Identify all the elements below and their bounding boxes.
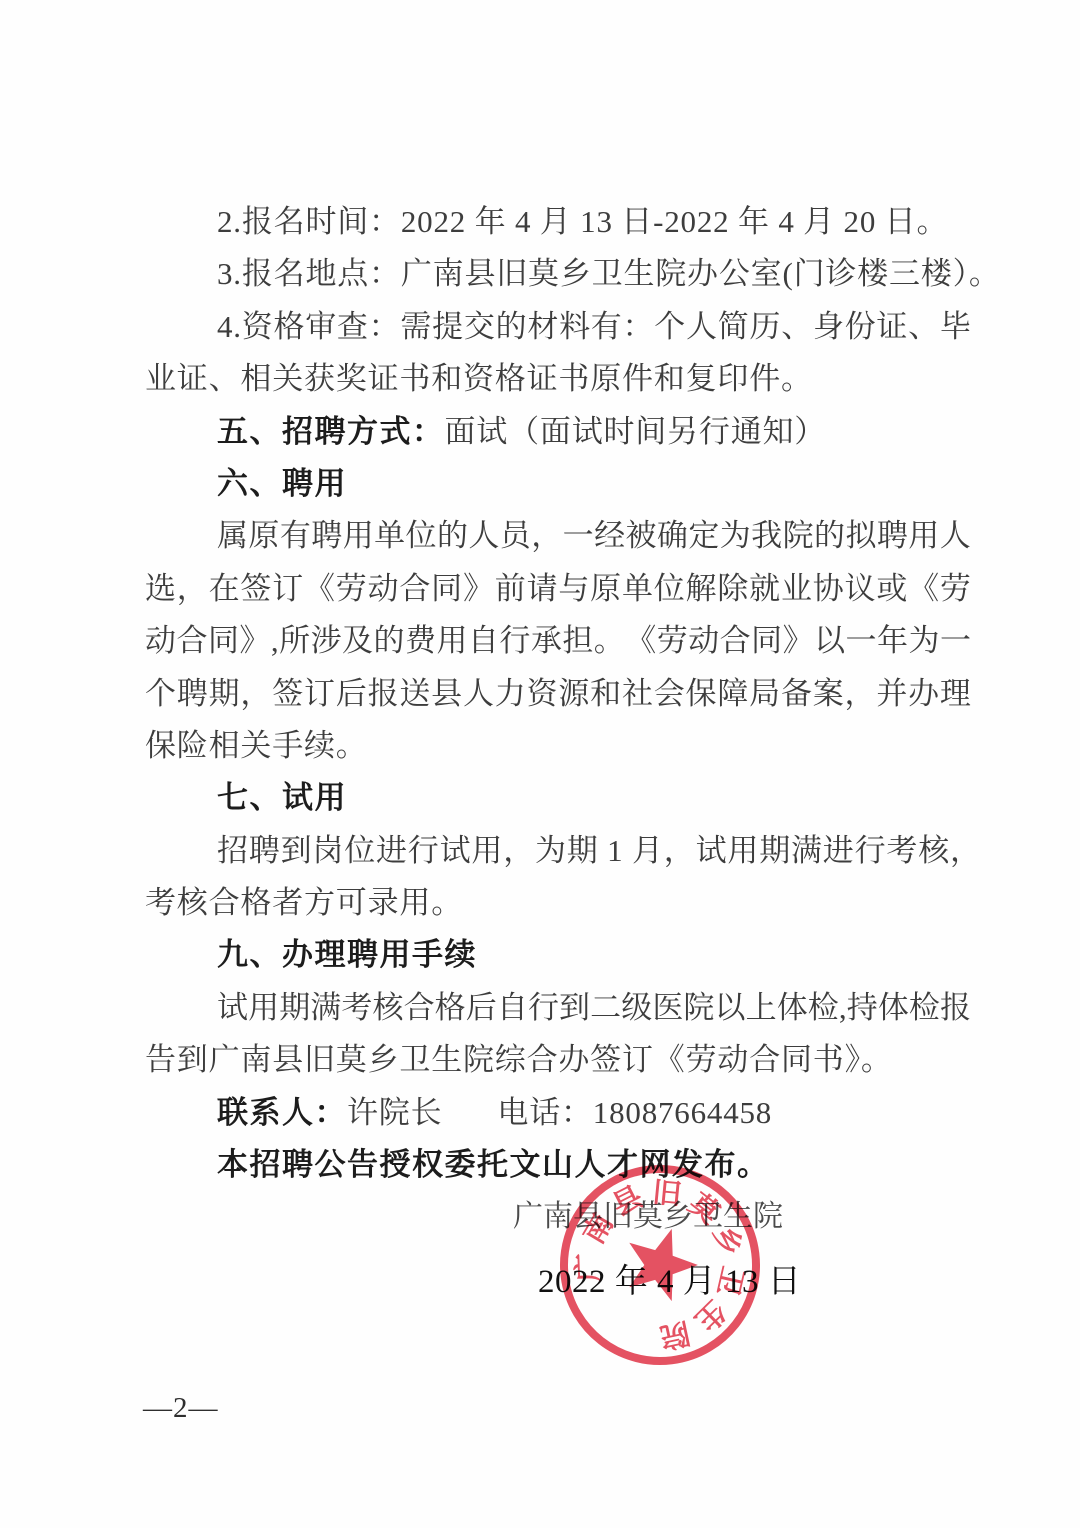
char: 》 bbox=[463, 563, 494, 615]
page-number: —2— bbox=[143, 1392, 219, 1425]
char: ， bbox=[531, 510, 562, 562]
char: 经 bbox=[594, 510, 625, 562]
char: 以 bbox=[814, 615, 845, 667]
char: 身 bbox=[813, 301, 844, 353]
char: 同 bbox=[208, 615, 239, 667]
char: 局 bbox=[749, 668, 780, 720]
char: 以 bbox=[715, 982, 746, 1034]
char: 理 bbox=[940, 668, 971, 720]
char: 交 bbox=[464, 301, 495, 353]
char: 检 bbox=[808, 982, 839, 1034]
char: 动 bbox=[368, 563, 399, 615]
char: 料 bbox=[559, 301, 590, 353]
char: ， bbox=[177, 563, 208, 615]
char: 就 bbox=[749, 563, 780, 615]
char: 聘 bbox=[177, 668, 208, 720]
char: 》 bbox=[783, 615, 814, 667]
char: 会 bbox=[654, 668, 685, 720]
text-run: 3.报名地点：广南县旧莫乡卫生院办公室(门诊楼三楼）。 bbox=[217, 256, 1001, 291]
doc-line: 六、聘用 bbox=[145, 458, 971, 510]
char: 签 bbox=[272, 668, 303, 720]
char: 涉 bbox=[311, 615, 342, 667]
char: 人 bbox=[463, 668, 494, 720]
text-run: 告到广南县旧莫乡卫生院综合办签订《劳动合同书》。 bbox=[145, 1042, 893, 1077]
char: 后 bbox=[466, 982, 497, 1034]
char: 简 bbox=[718, 301, 749, 353]
char: 医 bbox=[652, 982, 683, 1034]
doc-line: 属原有聘用单位的人员，一经被确定为我院的拟聘用人 bbox=[145, 510, 971, 562]
char: 保 bbox=[686, 668, 717, 720]
char: 除 bbox=[717, 563, 748, 615]
char: 院 bbox=[783, 510, 814, 562]
char: 担 bbox=[562, 615, 593, 667]
char: 与 bbox=[558, 563, 589, 615]
char: 员 bbox=[500, 510, 531, 562]
char: 一 bbox=[940, 615, 971, 667]
char: 的 bbox=[814, 510, 845, 562]
char: 原 bbox=[248, 510, 279, 562]
char: 格 bbox=[435, 982, 466, 1034]
char: 劳 bbox=[657, 615, 688, 667]
char: 或 bbox=[876, 563, 907, 615]
char: 《 bbox=[625, 615, 656, 667]
char: 劳 bbox=[336, 563, 367, 615]
char: 社 bbox=[622, 668, 653, 720]
char: 障 bbox=[717, 668, 748, 720]
char: 《 bbox=[908, 563, 939, 615]
char: 所 bbox=[279, 615, 310, 667]
char: 力 bbox=[495, 668, 526, 720]
text-run: 考核合格者方可录用。 bbox=[145, 885, 463, 920]
char: 人 bbox=[686, 301, 717, 353]
char: 前 bbox=[495, 563, 526, 615]
char: 订 bbox=[272, 563, 303, 615]
doc-line: 个聘期，签订后报送县人力资源和社会保障局备案，并办理 bbox=[145, 668, 971, 720]
char: 并 bbox=[876, 668, 907, 720]
signature-org: 广南县旧莫乡卫生院 bbox=[145, 1191, 971, 1243]
char: 动 bbox=[688, 615, 719, 667]
char: 单 bbox=[374, 510, 405, 562]
char: 协 bbox=[813, 563, 844, 615]
char: 考 bbox=[341, 982, 372, 1034]
char: ， bbox=[240, 668, 271, 720]
char: 合 bbox=[399, 563, 430, 615]
char: 合 bbox=[720, 615, 751, 667]
char: 被 bbox=[625, 510, 656, 562]
char: 历 bbox=[749, 301, 780, 353]
char: 位 bbox=[406, 510, 437, 562]
doc-line: 告到广南县旧莫乡卫生院综合办签订《劳动合同书》。 bbox=[145, 1034, 971, 1086]
char: 份 bbox=[845, 301, 876, 353]
char: 用 bbox=[436, 615, 467, 667]
char: 解 bbox=[686, 563, 717, 615]
text-run: 七、试用 bbox=[217, 780, 347, 815]
char: 》 bbox=[239, 615, 270, 667]
text-run: 招聘到岗位进行试用，为期 1 月，试用期满进行考核， bbox=[217, 833, 982, 868]
char: 需 bbox=[400, 301, 431, 353]
char: 核 bbox=[372, 982, 403, 1034]
char: 的 bbox=[374, 615, 405, 667]
char: 一 bbox=[846, 615, 877, 667]
char: 动 bbox=[145, 615, 176, 667]
char: 订 bbox=[304, 668, 335, 720]
doc-line: 联系人：许院长电话：18087664458 bbox=[145, 1087, 971, 1139]
char: 人 bbox=[468, 510, 499, 562]
char: 县 bbox=[431, 668, 462, 720]
char: 自 bbox=[468, 615, 499, 667]
char: 、 bbox=[908, 301, 939, 353]
char: 材 bbox=[527, 301, 558, 353]
char: 费 bbox=[405, 615, 436, 667]
signature-date: 2022 年 4 月 13 日 bbox=[145, 1256, 971, 1308]
char: 承 bbox=[531, 615, 562, 667]
char: 用 bbox=[908, 510, 939, 562]
char: 有 bbox=[591, 301, 622, 353]
char: 合 bbox=[404, 982, 435, 1034]
char: 属 bbox=[217, 510, 248, 562]
char: 送 bbox=[399, 668, 430, 720]
char: , bbox=[271, 615, 279, 667]
doc-line: 试用期满考核合格后自行到二级医院以上体检,持体检报 bbox=[145, 982, 971, 1034]
char: 年 bbox=[877, 615, 908, 667]
char: 期 bbox=[279, 982, 310, 1034]
char: 个 bbox=[145, 668, 176, 720]
char: 试 bbox=[217, 982, 248, 1034]
text-run: 五、招聘方式： bbox=[217, 414, 445, 449]
char: 一 bbox=[563, 510, 594, 562]
char: 有 bbox=[280, 510, 311, 562]
char: 《 bbox=[304, 563, 335, 615]
char: 审 bbox=[305, 301, 336, 353]
char: 报 bbox=[940, 982, 971, 1034]
char: 体 bbox=[878, 982, 909, 1034]
text-run: 九、办理聘用手续 bbox=[217, 937, 477, 972]
char: 聘 bbox=[311, 510, 342, 562]
doc-line: 考核合格者方可录用。 bbox=[145, 877, 971, 929]
char: 同 bbox=[751, 615, 782, 667]
char: 体 bbox=[777, 982, 808, 1034]
char: 定 bbox=[688, 510, 719, 562]
char: 持 bbox=[847, 982, 878, 1034]
char: 单 bbox=[622, 563, 653, 615]
char: 的 bbox=[496, 301, 527, 353]
char: 到 bbox=[559, 982, 590, 1034]
doc-line: 招聘到岗位进行试用，为期 1 月，试用期满进行考核， bbox=[145, 825, 971, 877]
doc-line: 七、试用 bbox=[145, 772, 971, 824]
doc-lines: 2.报名时间：2022 年 4 月 13 日-2022 年 4 月 20 日。3… bbox=[145, 196, 971, 1191]
char: 、 bbox=[781, 301, 812, 353]
char: 个 bbox=[654, 301, 685, 353]
doc-line: 2.报名时间：2022 年 4 月 13 日-2022 年 4 月 20 日。 bbox=[145, 196, 971, 248]
char: 二 bbox=[590, 982, 621, 1034]
document-page: 2.报名时间：2022 年 4 月 13 日-2022 年 4 月 20 日。3… bbox=[0, 0, 1080, 1528]
char: ： bbox=[369, 301, 400, 353]
char: 用 bbox=[248, 982, 279, 1034]
doc-line: 五、招聘方式：面试（面试时间另行通知） bbox=[145, 406, 971, 458]
doc-line: 保险相关手续。 bbox=[145, 720, 971, 772]
char: 资 bbox=[242, 301, 273, 353]
char: 案 bbox=[813, 668, 844, 720]
char: 级 bbox=[621, 982, 652, 1034]
char: 拟 bbox=[845, 510, 876, 562]
char: 期 bbox=[209, 668, 240, 720]
char: 资 bbox=[527, 668, 558, 720]
char: 提 bbox=[432, 301, 463, 353]
doc-line: 4.资格审查：需提交的材料有：个人简历、身份证、毕 bbox=[145, 301, 971, 353]
char: , bbox=[839, 982, 847, 1034]
char: 在 bbox=[209, 563, 240, 615]
text-run: 许院长 bbox=[347, 1095, 442, 1130]
char: 查 bbox=[337, 301, 368, 353]
char: 备 bbox=[781, 668, 812, 720]
doc-line: 3.报名地点：广南县旧莫乡卫生院办公室(门诊楼三楼）。 bbox=[145, 248, 971, 300]
seal-char: 院 bbox=[657, 1316, 692, 1354]
text-run: 六、聘用 bbox=[217, 466, 347, 501]
char: 及 bbox=[342, 615, 373, 667]
char: ， bbox=[845, 668, 876, 720]
char: 上 bbox=[746, 982, 777, 1034]
char: 原 bbox=[590, 563, 621, 615]
document-body: 2.报名时间：2022 年 4 月 13 日-2022 年 4 月 20 日。3… bbox=[145, 196, 971, 1308]
char: 业 bbox=[781, 563, 812, 615]
char: 源 bbox=[558, 668, 589, 720]
char: 确 bbox=[657, 510, 688, 562]
char: 同 bbox=[431, 563, 462, 615]
text-run: 保险相关手续。 bbox=[145, 728, 368, 763]
char: 检 bbox=[909, 982, 940, 1034]
doc-line: 九、办理聘用手续 bbox=[145, 929, 971, 981]
char: 选 bbox=[145, 563, 176, 615]
char: 证 bbox=[876, 301, 907, 353]
char: 4 bbox=[217, 301, 233, 353]
char: 行 bbox=[528, 982, 559, 1034]
char: 和 bbox=[590, 668, 621, 720]
char: ： bbox=[623, 301, 654, 353]
text-run: 2.报名时间：2022 年 4 月 13 日-2022 年 4 月 20 日。 bbox=[217, 204, 948, 239]
char: 请 bbox=[527, 563, 558, 615]
char: 合 bbox=[176, 615, 207, 667]
char: 劳 bbox=[940, 563, 971, 615]
char: 后 bbox=[336, 668, 367, 720]
char: 办 bbox=[908, 668, 939, 720]
char: 报 bbox=[368, 668, 399, 720]
char: 用 bbox=[343, 510, 374, 562]
char: 为 bbox=[720, 510, 751, 562]
text-run: 电话：18087664458 bbox=[497, 1095, 772, 1130]
char: . bbox=[233, 301, 241, 353]
char: 自 bbox=[497, 982, 528, 1034]
char: 位 bbox=[654, 563, 685, 615]
doc-line: 本招聘公告授权委托文山人才网发布。 bbox=[145, 1139, 971, 1191]
char: 议 bbox=[845, 563, 876, 615]
char: 毕 bbox=[940, 301, 971, 353]
doc-line: 业证、相关获奖证书和资格证书原件和复印件。 bbox=[145, 353, 971, 405]
char: 满 bbox=[310, 982, 341, 1034]
text-run: 业证、相关获奖证书和资格证书原件和复印件。 bbox=[145, 361, 813, 396]
doc-line: 动合同》,所涉及的费用自行承担。《劳动合同》以一年为一 bbox=[145, 615, 971, 667]
char: 行 bbox=[499, 615, 530, 667]
char: 为 bbox=[908, 615, 939, 667]
doc-line: 选，在签订《劳动合同》前请与原单位解除就业协议或《劳 bbox=[145, 563, 971, 615]
text-run: 联系人： bbox=[217, 1095, 347, 1130]
char: 。 bbox=[594, 615, 625, 667]
text-run: 面试（面试时间另行通知） bbox=[445, 414, 827, 449]
char: 我 bbox=[751, 510, 782, 562]
char: 院 bbox=[683, 982, 714, 1034]
char: 的 bbox=[437, 510, 468, 562]
char: 人 bbox=[940, 510, 971, 562]
char: 签 bbox=[240, 563, 271, 615]
text-run: 本招聘公告授权委托文山人才网发布。 bbox=[217, 1147, 770, 1182]
char: 格 bbox=[273, 301, 304, 353]
char: 聘 bbox=[877, 510, 908, 562]
